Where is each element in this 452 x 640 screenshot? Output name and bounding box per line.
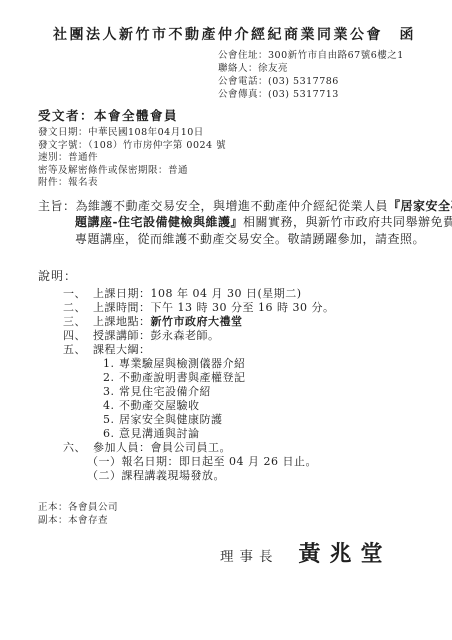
meta-block: 發文日期：中華民國108年04月10日發文字號：（108）竹市房仲字第 0024… <box>38 127 428 190</box>
copies-block: 正本：各會員公司 副本：本會存查 <box>38 501 428 527</box>
item-number: 六、 <box>63 441 93 455</box>
recipient-line: 受文者：本會全體會員 <box>38 106 428 124</box>
contact-line: 公會傳真：(03) 5317713 <box>218 88 428 101</box>
syllabus-item: 1.專業驗屋與檢測儀器介紹 <box>38 357 428 371</box>
item-text: 上課地點：新竹市政府大禮堂 <box>93 315 243 329</box>
syllabus-item: 4.不動產交屋驗收 <box>38 399 428 413</box>
item-text: 參加人員：會員公司員工。 <box>93 441 231 455</box>
item-number: 三、 <box>63 315 93 329</box>
item-text: 授課講師：彭永森老師。 <box>93 329 220 343</box>
original-copy-line: 正本：各會員公司 <box>38 501 428 514</box>
subject-text-before: 為維護不動產交易安全，與增進不動產仲介經紀從業人員 <box>76 199 389 213</box>
item-note: （二）課程講義現場發放。 <box>87 469 428 483</box>
explanation-item: 五、課程大綱： <box>38 343 428 357</box>
contact-line: 聯絡人：徐友亮 <box>218 62 428 75</box>
item-number: 一、 <box>63 287 93 301</box>
explanation-list: 一、上課日期：108 年 04 月 30 日(星期二)二、上課時間：下午 13 … <box>38 287 428 483</box>
subject-paragraph: 主旨：為維護不動產交易安全，與增進不動產仲介經紀從業人員『居家安全專題講座-住宅… <box>38 198 452 248</box>
item-number: 五、 <box>63 343 93 357</box>
syllabus-item: 2.不動產說明書與產權登記 <box>38 371 428 385</box>
subject-label: 主旨： <box>38 199 76 213</box>
item-number: 二、 <box>63 301 93 315</box>
duplicate-copy-line: 副本：本會存查 <box>38 514 428 527</box>
syllabus-text: 常見住宅設備介紹 <box>119 385 211 399</box>
syllabus-item: 3.常見住宅設備介紹 <box>38 385 428 399</box>
syllabus-text: 不動產說明書與產權登記 <box>119 371 246 385</box>
chairman-title: 理事長 <box>220 545 279 565</box>
meta-line: 速別：普通件 <box>38 152 428 165</box>
item-note: （一）報名日期：即日起至 04 月 26 日止。 <box>87 455 428 469</box>
item-text: 上課日期：108 年 04 月 30 日(星期二) <box>93 287 302 301</box>
signature-block: 理事長 黃兆堂 <box>38 537 428 568</box>
item-number: 四、 <box>63 329 93 343</box>
syllabus-number: 2. <box>103 371 119 385</box>
contact-block: 公會住址：300新竹市自由路67號6樓之1聯絡人：徐友亮公會電話：(03) 53… <box>218 49 428 101</box>
item-text: 上課時間：下午 13 時 30 分至 16 時 30 分。 <box>93 301 334 315</box>
explanation-item: 二、上課時間：下午 13 時 30 分至 16 時 30 分。 <box>38 301 428 315</box>
syllabus-number: 1. <box>103 357 119 371</box>
explanation-item: 六、參加人員：會員公司員工。 <box>38 441 428 455</box>
syllabus-number: 3. <box>103 385 119 399</box>
syllabus-number: 4. <box>103 399 119 413</box>
meta-line: 密等及解密條件或保密期限：普通 <box>38 165 428 178</box>
explanation-label: 說明： <box>38 267 428 284</box>
official-letter-page: 社團法人新竹市不動產仲介經紀商業同業公會 函 公會住址：300新竹市自由路67號… <box>0 0 452 640</box>
item-text: 課程大綱： <box>93 343 151 357</box>
contact-line: 公會電話：(03) 5317786 <box>218 75 428 88</box>
syllabus-text: 意見溝通與討論 <box>119 427 200 441</box>
chairman-name: 黃兆堂 <box>299 537 392 568</box>
meta-line: 附件：報名表 <box>38 177 428 190</box>
explanation-item: 三、上課地點：新竹市政府大禮堂 <box>38 315 428 329</box>
item-bold-text: 新竹市政府大禮堂 <box>151 315 243 328</box>
document-title: 社團法人新竹市不動產仲介經紀商業同業公會 函 <box>53 24 428 44</box>
syllabus-number: 5. <box>103 413 119 427</box>
syllabus-item: 6.意見溝通與討論 <box>38 427 428 441</box>
explanation-item: 四、授課講師：彭永森老師。 <box>38 329 428 343</box>
syllabus-text: 專業驗屋與檢測儀器介紹 <box>119 357 246 371</box>
explanation-item: 一、上課日期：108 年 04 月 30 日(星期二) <box>38 287 428 301</box>
meta-line: 發文字號：（108）竹市房仲字第 0024 號 <box>38 140 428 153</box>
contact-line: 公會住址：300新竹市自由路67號6樓之1 <box>218 49 428 62</box>
syllabus-number: 6. <box>103 427 119 441</box>
meta-line: 發文日期：中華民國108年04月10日 <box>38 127 428 140</box>
syllabus-text: 不動產交屋驗收 <box>119 399 200 413</box>
syllabus-item: 5.居家安全與健康防護 <box>38 413 428 427</box>
syllabus-text: 居家安全與健康防護 <box>119 413 223 427</box>
